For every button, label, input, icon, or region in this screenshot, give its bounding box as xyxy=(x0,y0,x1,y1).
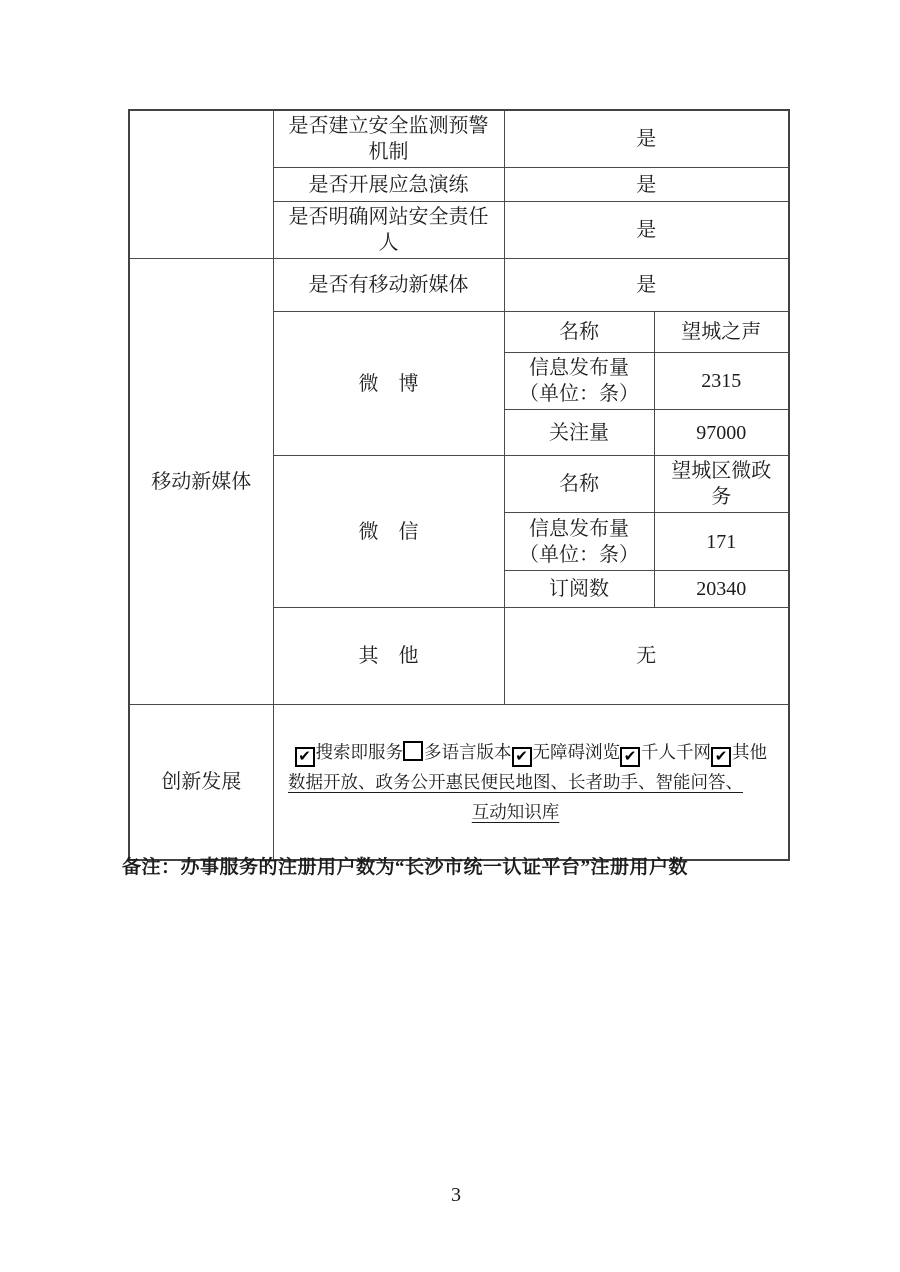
section-cell-empty xyxy=(129,110,273,259)
wechat-row-value: 望城区微政务 xyxy=(654,456,789,513)
weibo-row-value: 2315 xyxy=(654,353,789,410)
weibo-row-label: 信息发布量 （单位：条） xyxy=(504,353,654,410)
wechat-row-label: 名称 xyxy=(504,456,654,513)
wechat-row-label: 信息发布量 （单位：条） xyxy=(504,513,654,571)
security-row-value: 是 xyxy=(504,110,789,168)
checked-checkbox-icon[interactable]: ✔ xyxy=(711,747,731,767)
other-media-value: 无 xyxy=(504,608,789,705)
has-mobile-value: 是 xyxy=(504,259,789,312)
has-mobile-label: 是否有移动新媒体 xyxy=(273,259,504,312)
innovation-checkbox-label: 其他 xyxy=(732,742,767,762)
weibo-row-value: 望城之声 xyxy=(654,312,789,353)
table-row: 是否建立安全监测预警机制 是 xyxy=(129,110,789,168)
other-media-label: 其 他 xyxy=(273,608,504,705)
innovation-checkbox-item[interactable]: 多语言版本 xyxy=(403,742,512,762)
security-row-label: 是否建立安全监测预警机制 xyxy=(273,110,504,168)
innovation-checkbox-item[interactable]: ✔搜索即服务 xyxy=(295,742,404,762)
security-row-label: 是否明确网站安全责任人 xyxy=(273,202,504,259)
innovation-checkbox-line: ✔搜索即服务多语言版本✔无障碍浏览✔千人千网✔其他 xyxy=(284,737,779,767)
report-table: 是否建立安全监测预警机制 是 是否开展应急演练 是 是否明确网站安全责任人 是 … xyxy=(128,109,790,861)
innovation-checkbox-label: 千人千网 xyxy=(641,742,711,762)
security-row-label: 是否开展应急演练 xyxy=(273,168,504,202)
weibo-row-label: 名称 xyxy=(504,312,654,353)
note-text: 备注：办事服务的注册用户数为“长沙市统一认证平台”注册用户数 xyxy=(122,855,688,881)
section-cell-innovation: 创新发展 xyxy=(129,705,273,860)
innovation-checkbox-label: 无障碍浏览 xyxy=(533,742,621,762)
wechat-cell: 微 信 xyxy=(273,456,504,608)
wechat-row-value: 171 xyxy=(654,513,789,571)
innovation-checkbox-item[interactable]: ✔无障碍浏览 xyxy=(512,742,621,762)
page-number: 3 xyxy=(0,1184,900,1207)
innovation-checkbox-label: 多语言版本 xyxy=(424,742,512,762)
weibo-cell: 微 博 xyxy=(273,312,504,456)
checked-checkbox-icon[interactable]: ✔ xyxy=(295,747,315,767)
innovation-checkbox-label: 搜索即服务 xyxy=(316,742,404,762)
innovation-checkbox-item[interactable]: ✔千人千网 xyxy=(620,742,711,762)
innovation-checkbox-item[interactable]: ✔其他 xyxy=(711,742,767,762)
security-row-value: 是 xyxy=(504,168,789,202)
table-row: 创新发展 ✔搜索即服务多语言版本✔无障碍浏览✔千人千网✔其他 数据开放、政务公开… xyxy=(129,705,789,860)
checked-checkbox-icon[interactable]: ✔ xyxy=(620,747,640,767)
unchecked-checkbox-icon[interactable] xyxy=(403,741,423,761)
security-row-value: 是 xyxy=(504,202,789,259)
checked-checkbox-icon[interactable]: ✔ xyxy=(512,747,532,767)
section-cell-mobile-media: 移动新媒体 xyxy=(129,259,273,705)
wechat-row-value: 20340 xyxy=(654,571,789,608)
innovation-other-detail: 数据开放、政务公开惠民便民地图、长者助手、智能问答、互动知识库 xyxy=(284,767,748,827)
weibo-row-value: 97000 xyxy=(654,410,789,456)
innovation-content-cell: ✔搜索即服务多语言版本✔无障碍浏览✔千人千网✔其他 数据开放、政务公开惠民便民地… xyxy=(273,705,789,860)
document-page: 是否建立安全监测预警机制 是 是否开展应急演练 是 是否明确网站安全责任人 是 … xyxy=(0,0,900,1272)
weibo-row-label: 关注量 xyxy=(504,410,654,456)
wechat-row-label: 订阅数 xyxy=(504,571,654,608)
table-row: 移动新媒体 是否有移动新媒体 是 xyxy=(129,259,789,312)
